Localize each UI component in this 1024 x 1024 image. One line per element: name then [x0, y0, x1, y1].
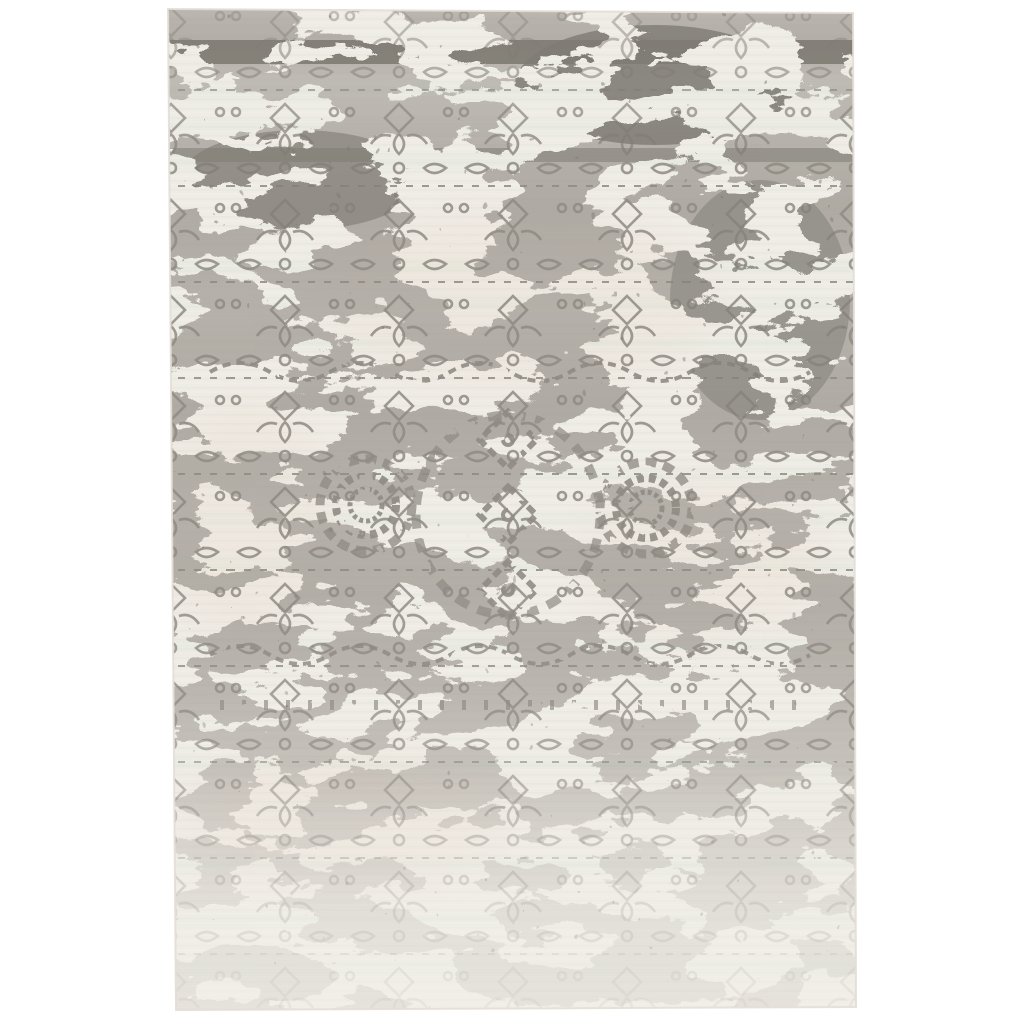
product-photo: [0, 0, 1024, 1024]
rug-bottom-fade: [160, 770, 864, 1015]
rug-photo-canvas: [0, 0, 1024, 1024]
rug-image: [160, 0, 864, 1024]
